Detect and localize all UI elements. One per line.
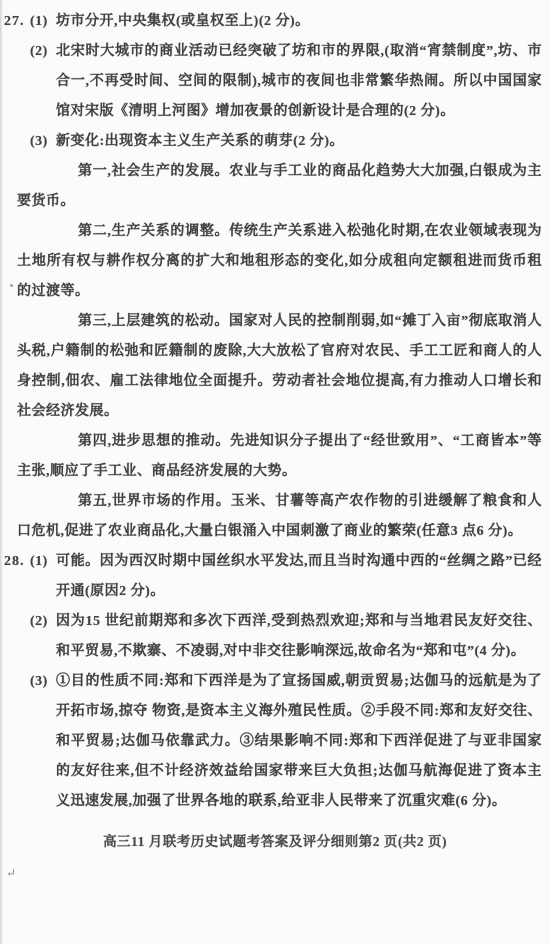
- part-label: (2): [30, 607, 48, 637]
- answer-part-27-3: (3) 新变化:出现资本主义生产关系的萌芽(2 分)。: [0, 127, 542, 157]
- page-footer: 高三11 月联考历史试题考答案及评分细则第2 页(共2 页): [0, 830, 550, 850]
- part-text: 北宋时大城市的商业活动已经突破了坊和市的界限,(取消“宵禁制度”,坊、市合一,不…: [56, 44, 542, 119]
- answer-content: 27. (1) 坊市分开,中央集权(或皇权至上)(2 分)。 (2) 北宋时大城…: [0, 0, 550, 850]
- sub-paragraph-fourth: 第四,进步思想的推动。先进知识分子提出了“经世致用”、“工商皆本”等主张,顺应了…: [17, 427, 542, 487]
- part-text: 坊市分开,中央集权(或皇权至上)(2 分)。: [56, 14, 310, 29]
- answer-part-28-1: (1) 可能。因为西汉时期中国丝织水平发达,而且当时沟通中西的“丝绸之路”已经开…: [0, 547, 542, 607]
- part-text: 可能。因为西汉时期中国丝织水平发达,而且当时沟通中西的“丝绸之路”已经开通(原因…: [56, 554, 542, 599]
- part-label: (1): [30, 547, 48, 577]
- part-label: (1): [30, 7, 48, 37]
- sub-paragraph-first: 第一,社会生产的发展。农业与手工业的商品化趋势大大加强,白银成为主要货币。: [17, 157, 542, 217]
- part-text: ①目的性质不同:郑和下西洋是为了宣扬国威,朝贡贸易;达伽马的远航是为了开拓市场,…: [56, 674, 542, 809]
- sub-paragraph-fifth: 第五,世界市场的作用。玉米、甘薯等高产农作物的引进缓解了粮食和人口危机,促进了农…: [17, 487, 542, 547]
- part-label: (3): [30, 127, 48, 157]
- part-text: 新变化:出现资本主义生产关系的萌芽(2 分)。: [56, 134, 344, 149]
- question-28-block: 28. (1) 可能。因为西汉时期中国丝织水平发达,而且当时沟通中西的“丝绸之路…: [0, 547, 550, 817]
- sub-paragraph-third: 第三,上层建筑的松动。国家对人民的控制削弱,如“摊丁入亩”彻底取消人头税,户籍制…: [17, 307, 542, 427]
- part-label: (2): [30, 37, 48, 67]
- answer-part-27-2: (2) 北宋时大城市的商业活动已经突破了坊和市的界限,(取消“宵禁制度”,坊、市…: [0, 37, 542, 127]
- return-mark-icon: ↵: [6, 866, 16, 881]
- scanned-answer-sheet-page: 27. (1) 坊市分开,中央集权(或皇权至上)(2 分)。 (2) 北宋时大城…: [0, 0, 550, 944]
- sub-paragraph-second: 第二,生产关系的调整。传统生产关系进入松弛化时期,在农业领域表现为土地所有权与耕…: [17, 217, 542, 307]
- part-label: (3): [30, 667, 48, 697]
- part-text: 因为15 世纪前期郑和多次下西洋,受到热烈欢迎;郑和与当地君民友好交往、和平贸易…: [56, 614, 542, 659]
- answer-part-28-2: (2) 因为15 世纪前期郑和多次下西洋,受到热烈欢迎;郑和与当地君民友好交往、…: [0, 607, 542, 667]
- question-27-block: 27. (1) 坊市分开,中央集权(或皇权至上)(2 分)。 (2) 北宋时大城…: [0, 7, 550, 547]
- answer-part-28-3: (3) ①目的性质不同:郑和下西洋是为了宣扬国威,朝贡贸易;达伽马的远航是为了开…: [0, 667, 542, 817]
- answer-part-27-1: (1) 坊市分开,中央集权(或皇权至上)(2 分)。: [0, 7, 542, 37]
